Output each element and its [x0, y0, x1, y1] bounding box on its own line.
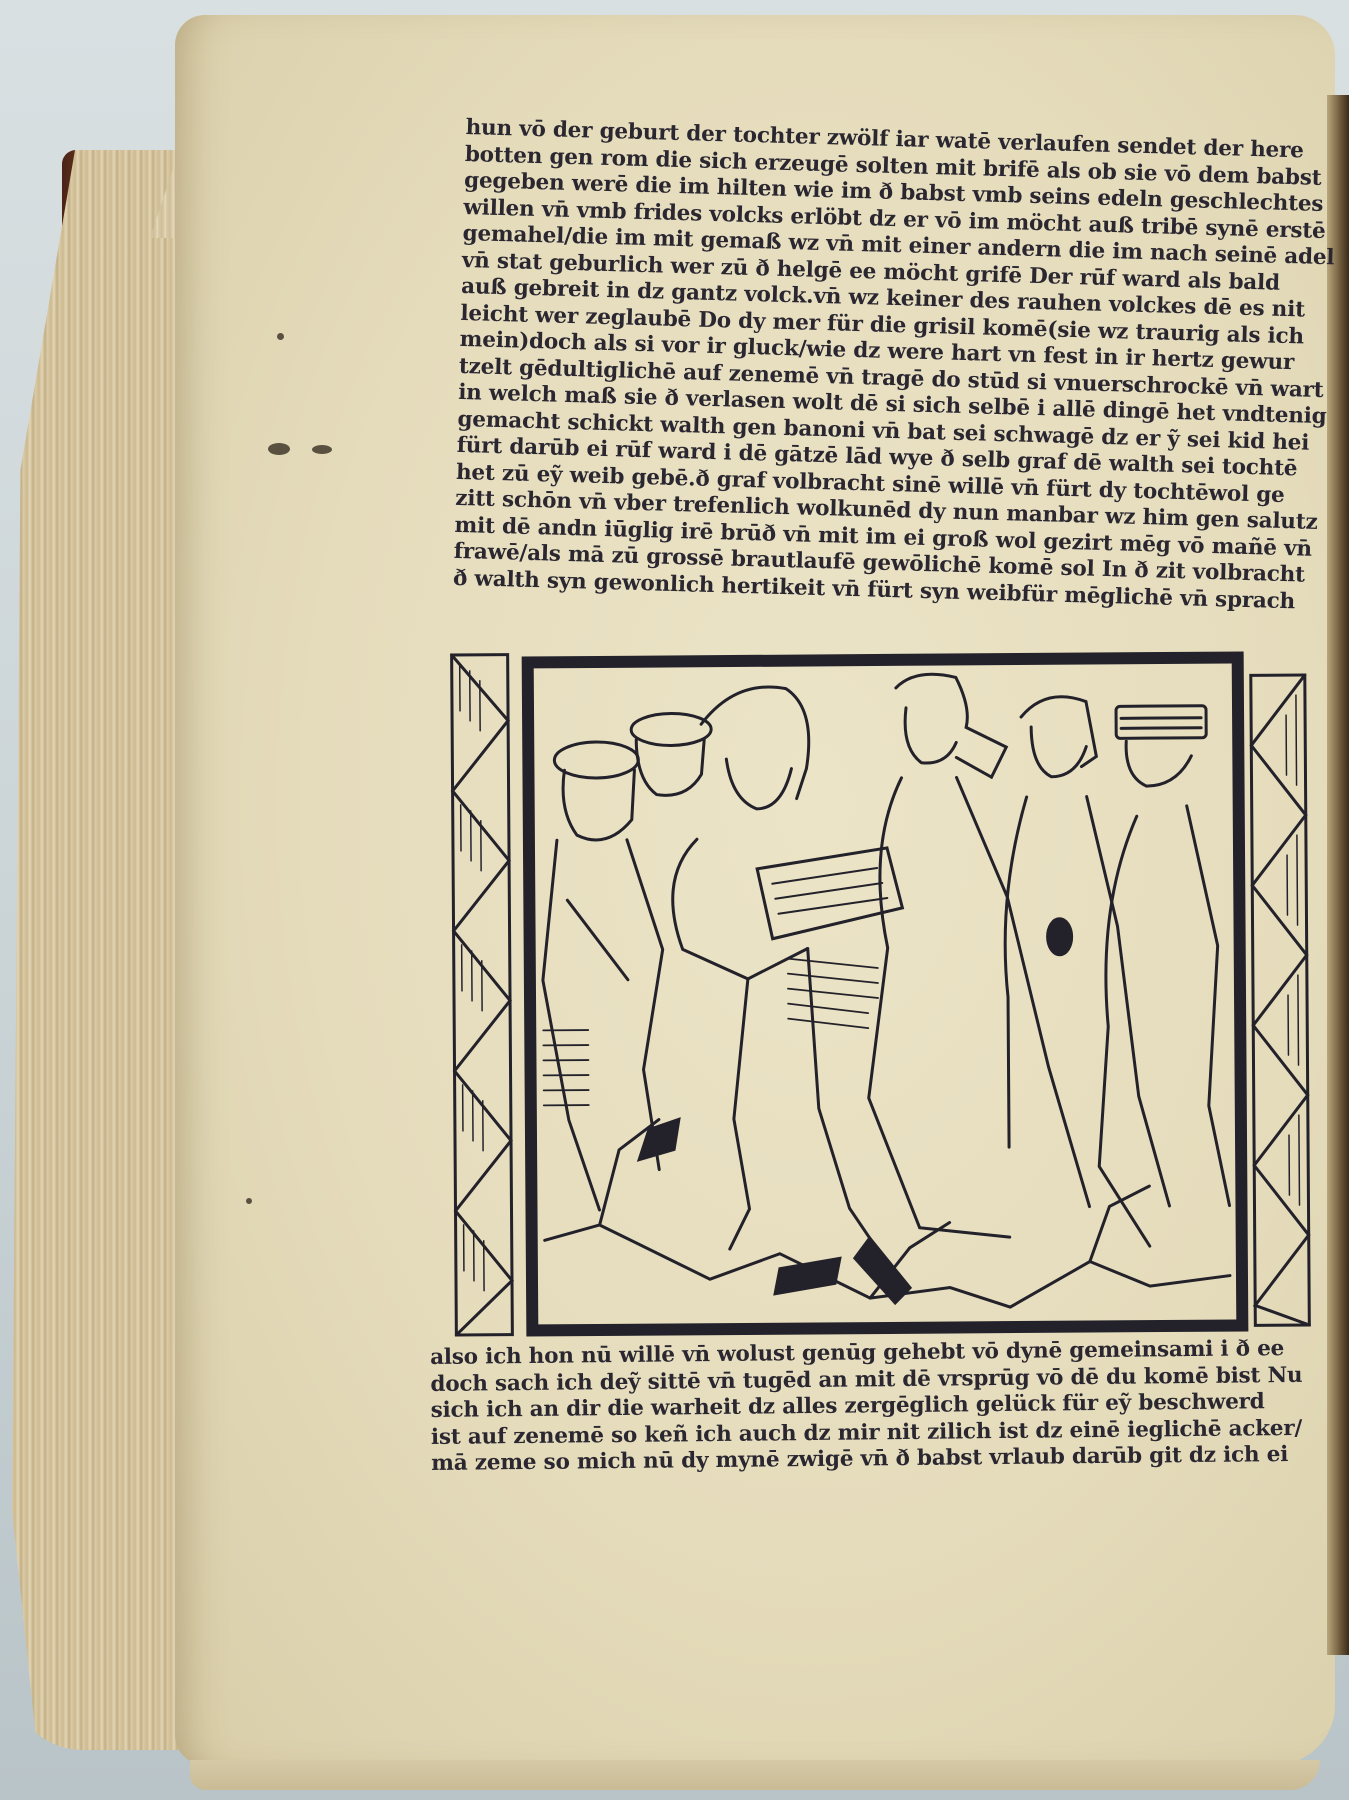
- wormhole: [268, 443, 290, 455]
- woodcut-illustration: [446, 645, 1316, 1341]
- group-of-women: [866, 672, 1230, 1248]
- bottom-text-block: also ich hon nū willē vn̄ wolust genūg g…: [430, 1336, 1311, 1478]
- wormhole: [246, 1198, 252, 1204]
- left-border-pattern: [452, 655, 513, 1335]
- right-border-pattern: [1251, 675, 1310, 1325]
- woodcut-drawing: [446, 645, 1316, 1341]
- top-text-block: hun vō der geburt der tochter zwölf iar …: [453, 115, 1346, 616]
- wormhole: [312, 445, 332, 454]
- woodcut-frame: [528, 657, 1243, 1330]
- page-bottom-edge: [190, 1760, 1320, 1790]
- wormhole: [277, 333, 284, 340]
